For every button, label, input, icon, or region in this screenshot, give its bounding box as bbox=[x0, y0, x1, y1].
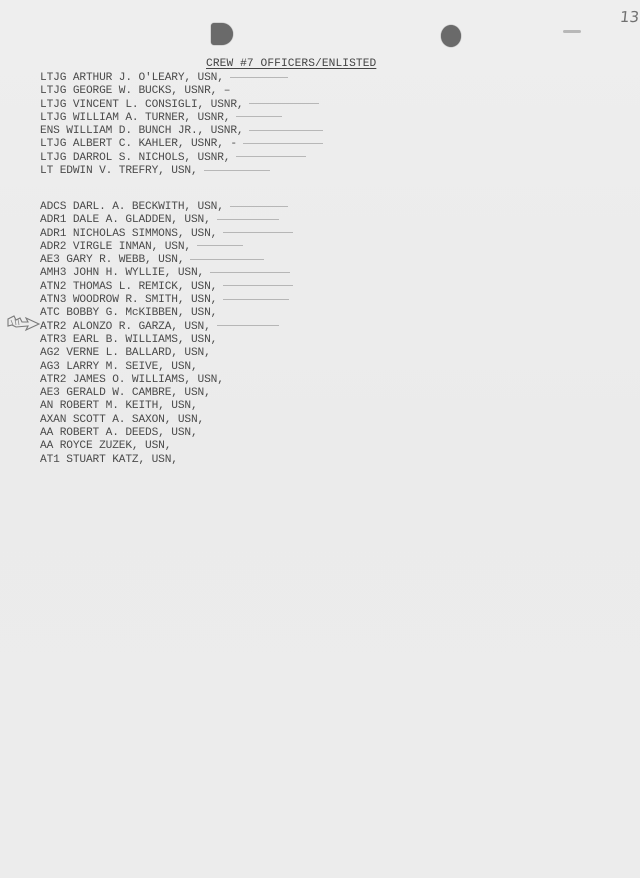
list-item: AMH3 JOHN H. WYLLIE, USN, bbox=[40, 267, 293, 280]
list-item: ADCS DARL. A. BECKWITH, USN, bbox=[40, 201, 293, 214]
document-page: 13 CREW #7 OFFICERS/ENLISTED LTJG ARTHUR… bbox=[0, 0, 640, 878]
entry-text: LTJG VINCENT L. CONSIGLI, USNR, bbox=[40, 99, 243, 111]
entry-text: LTJG GEORGE W. BUCKS, USNR, – bbox=[40, 85, 230, 97]
entry-text: AT1 STUART KATZ, USN, bbox=[40, 454, 178, 466]
list-item: AA ROYCE ZUZEK, USN, bbox=[40, 440, 293, 453]
list-item: LT EDWIN V. TREFRY, USN, bbox=[40, 165, 323, 178]
list-item: LTJG DARROL S. NICHOLS, USNR, bbox=[40, 152, 323, 165]
list-item: ADR2 VIRGLE INMAN, USN, bbox=[40, 241, 293, 254]
entry-text: AXAN SCOTT A. SAXON, USN, bbox=[40, 414, 204, 426]
redaction-line bbox=[190, 259, 264, 260]
redaction-line bbox=[223, 285, 293, 286]
hole-punch-right bbox=[441, 25, 461, 47]
list-item: AE3 GARY R. WEBB, USN, bbox=[40, 254, 293, 267]
entry-text: ATN2 THOMAS L. REMICK, USN, bbox=[40, 281, 217, 293]
entry-text: AE3 GERALD W. CAMBRE, USN, bbox=[40, 387, 211, 399]
redaction-line bbox=[249, 130, 323, 131]
list-item: ADR1 NICHOLAS SIMMONS, USN, bbox=[40, 228, 293, 241]
entry-text: LTJG WILLIAM A. TURNER, USNR, bbox=[40, 112, 230, 124]
list-item: ATR3 EARL B. WILLIAMS, USN, bbox=[40, 334, 293, 347]
redaction-line bbox=[230, 77, 288, 78]
entry-text: LT EDWIN V. TREFRY, USN, bbox=[40, 165, 198, 177]
list-item: LTJG WILLIAM A. TURNER, USNR, bbox=[40, 112, 323, 125]
entry-text: ATR2 JAMES O. WILLIAMS, USN, bbox=[40, 374, 224, 386]
redaction-line bbox=[230, 206, 288, 207]
ink-smudge bbox=[563, 30, 581, 33]
redaction-line bbox=[217, 325, 279, 326]
redaction-line bbox=[223, 232, 293, 233]
entry-text: ADCS DARL. A. BECKWITH, USN, bbox=[40, 201, 224, 213]
list-item: LTJG GEORGE W. BUCKS, USNR, – bbox=[40, 85, 323, 98]
list-item: LTJG ALBERT C. KAHLER, USNR, - bbox=[40, 138, 323, 151]
entry-text: ATR3 EARL B. WILLIAMS, USN, bbox=[40, 334, 217, 346]
list-item: ATR2 JAMES O. WILLIAMS, USN, bbox=[40, 374, 293, 387]
redaction-line bbox=[249, 103, 319, 104]
entry-text: ADR1 NICHOLAS SIMMONS, USN, bbox=[40, 228, 217, 240]
entry-text: AMH3 JOHN H. WYLLIE, USN, bbox=[40, 267, 204, 279]
redaction-line bbox=[210, 272, 290, 273]
redaction-line bbox=[197, 245, 243, 246]
entry-text: AA ROBERT A. DEEDS, USN, bbox=[40, 427, 198, 439]
entry-text: AN ROBERT M. KEITH, USN, bbox=[40, 400, 198, 412]
officers-list: LTJG ARTHUR J. O'LEARY, USN,LTJG GEORGE … bbox=[40, 72, 323, 178]
entry-text: LTJG ALBERT C. KAHLER, USNR, - bbox=[40, 138, 237, 150]
redaction-line bbox=[236, 116, 282, 117]
entry-text: ADR1 DALE A. GLADDEN, USN, bbox=[40, 214, 211, 226]
list-item: LTJG ARTHUR J. O'LEARY, USN, bbox=[40, 72, 323, 85]
enlisted-list: ADCS DARL. A. BECKWITH, USN,ADR1 DALE A.… bbox=[40, 201, 293, 467]
redaction-line bbox=[223, 299, 289, 300]
list-item: AG2 VERNE L. BALLARD, USN, bbox=[40, 347, 293, 360]
redaction-line bbox=[243, 143, 323, 144]
entry-text: ENS WILLIAM D. BUNCH JR., USNR, bbox=[40, 125, 243, 137]
redaction-line bbox=[217, 219, 279, 220]
entry-text: AG2 VERNE L. BALLARD, USN, bbox=[40, 347, 211, 359]
list-item: ATN2 THOMAS L. REMICK, USN, bbox=[40, 281, 293, 294]
redaction-line bbox=[204, 170, 270, 171]
list-item: AXAN SCOTT A. SAXON, USN, bbox=[40, 414, 293, 427]
list-item: AG3 LARRY M. SEIVE, USN, bbox=[40, 361, 293, 374]
entry-text: ATC BOBBY G. McKIBBEN, USN, bbox=[40, 307, 217, 319]
entry-text: ADR2 VIRGLE INMAN, USN, bbox=[40, 241, 191, 253]
list-item: AE3 GERALD W. CAMBRE, USN, bbox=[40, 387, 293, 400]
list-item: AT1 STUART KATZ, USN, bbox=[40, 454, 293, 467]
entry-text: AG3 LARRY M. SEIVE, USN, bbox=[40, 361, 198, 373]
list-item: ATN3 WOODROW R. SMITH, USN, bbox=[40, 294, 293, 307]
entry-text: LTJG DARROL S. NICHOLS, USNR, bbox=[40, 152, 230, 164]
list-item: ATC BOBBY G. McKIBBEN, USN, bbox=[40, 307, 293, 320]
entry-text: AA ROYCE ZUZEK, USN, bbox=[40, 440, 171, 452]
redaction-line bbox=[236, 156, 306, 157]
page-number: 13 bbox=[619, 8, 640, 26]
list-item: AN ROBERT M. KEITH, USN, bbox=[40, 400, 293, 413]
list-item: AA ROBERT A. DEEDS, USN, bbox=[40, 427, 293, 440]
list-item: ADR1 DALE A. GLADDEN, USN, bbox=[40, 214, 293, 227]
hole-punch-left bbox=[211, 23, 233, 45]
entry-text: ATN3 WOODROW R. SMITH, USN, bbox=[40, 294, 217, 306]
hand-drawn-arrow-icon bbox=[6, 313, 42, 333]
entry-text: LTJG ARTHUR J. O'LEARY, USN, bbox=[40, 72, 224, 84]
document-title: CREW #7 OFFICERS/ENLISTED bbox=[206, 58, 376, 70]
entry-text: ATR2 ALONZO R. GARZA, USN, bbox=[40, 321, 211, 333]
list-item: ATR2 ALONZO R. GARZA, USN, bbox=[40, 321, 293, 334]
list-item: LTJG VINCENT L. CONSIGLI, USNR, bbox=[40, 99, 323, 112]
entry-text: AE3 GARY R. WEBB, USN, bbox=[40, 254, 184, 266]
list-item: ENS WILLIAM D. BUNCH JR., USNR, bbox=[40, 125, 323, 138]
